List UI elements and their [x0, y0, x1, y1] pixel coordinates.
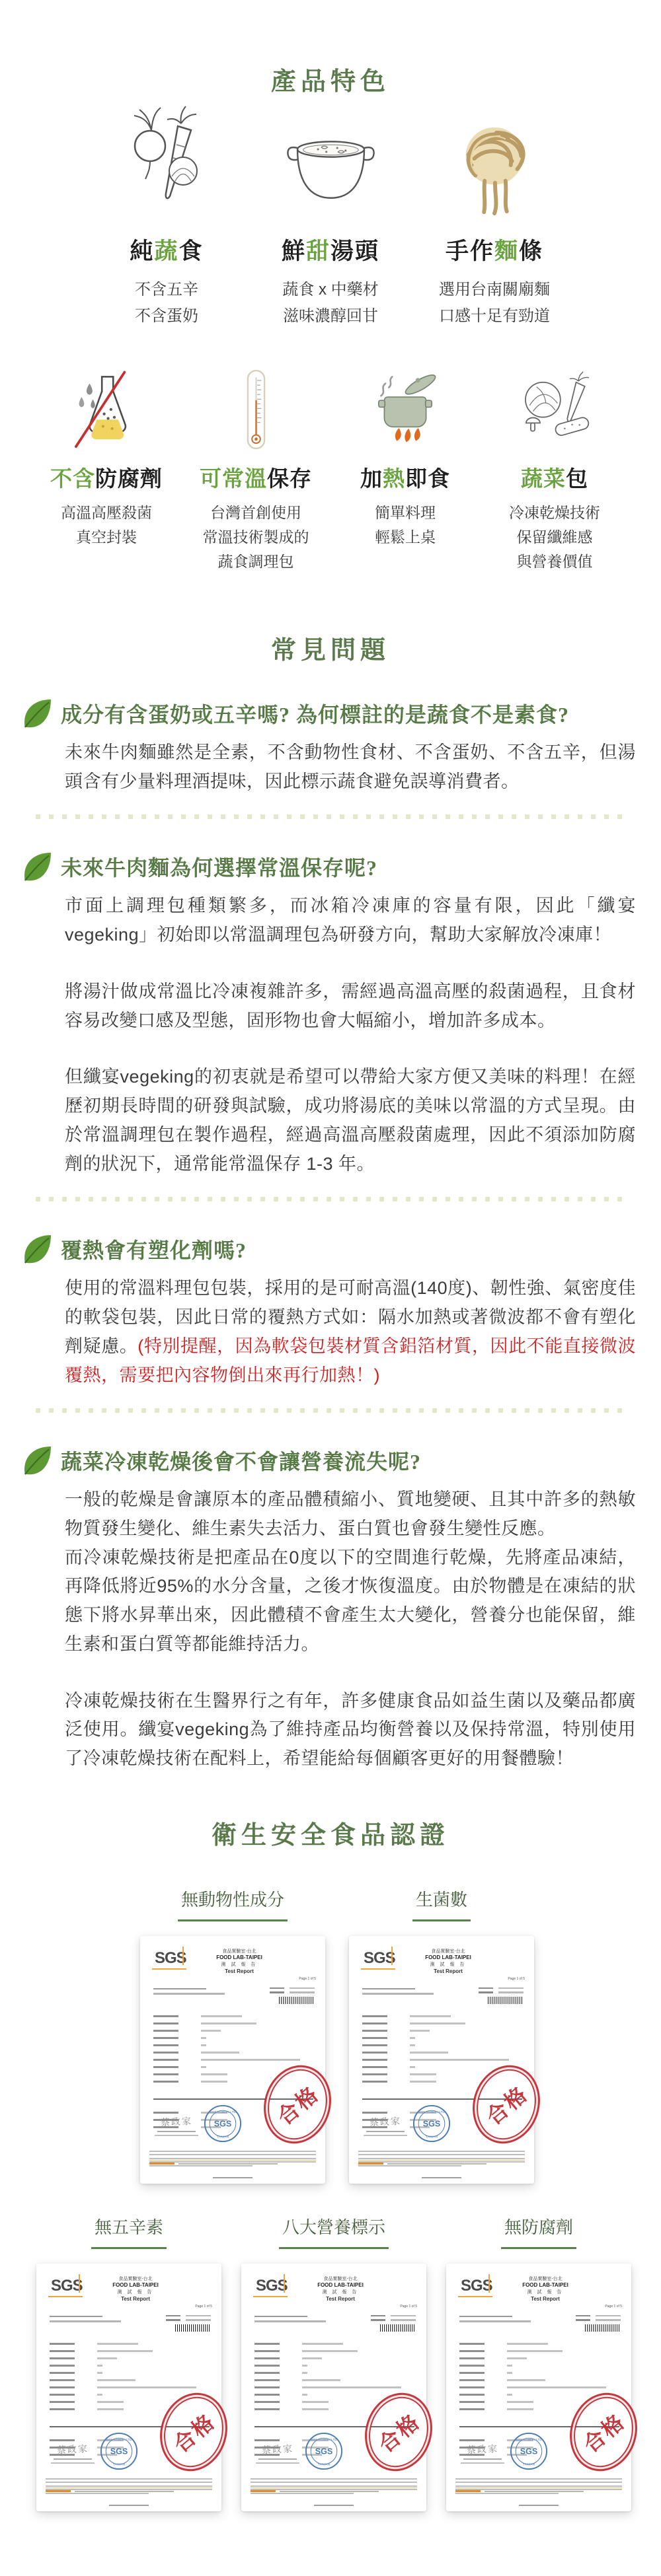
feature-noodles: 手作麵條 選用台南關廟麵 口感十足有勁道: [415, 97, 574, 330]
faq-section: 常見問題 成分有含蛋奶或五辛嗎? 為何標註的是蔬食不是素食? 未來牛肉麵雖然是全…: [0, 629, 661, 1773]
sgs-certificate: SGS 食品實驗室-台北FOOD LAB-TAIPEI 測 試 報 告Test …: [349, 1936, 534, 2184]
barcode: [488, 1997, 524, 2004]
feature-title: 蔬菜包: [481, 462, 628, 493]
sgs-logo: SGS: [256, 2278, 288, 2294]
sgs-round-stamp: SGS TAIWAN LTD SGS TAIWAN: [100, 2432, 138, 2470]
feature-subtitle: 台灣首創使用 常溫技術製成的 蔬食調理包: [182, 501, 329, 574]
faq-warning-text: (特別提醒，因為軟袋包裝材質含鋁箔材質，因此不能直接微波覆熱，需要把內容物倒出來…: [65, 1336, 636, 1385]
sgs-certificate: SGS 食品實驗室-台北FOOD LAB-TAIPEI 測 試 報 告Test …: [140, 1936, 325, 2184]
signature: 蔡政家: [47, 2443, 98, 2464]
noodle-bundle-icon: [415, 97, 574, 216]
cert-label: 生菌數: [349, 1886, 534, 1921]
bottom-whitespace: [0, 2511, 661, 2538]
signature: 蔡政家: [252, 2443, 303, 2464]
feature-subtitle: 冷凍乾燥技術 保留纖維感 與營養價值: [481, 501, 628, 574]
feature-row-1: 純蔬食 不含五辛 不含蛋奶 鮮甜湯頭 蔬食 x 中藥材: [0, 97, 661, 330]
feature-subtitle: 蔬食 x 中藥材 滋味濃醇回甘: [251, 277, 410, 330]
faq-answer: 未來牛肉麵雖然是全素，不含動物性食材、不含蛋奶、不含五辛，但湯頭含有少量料理酒提…: [65, 738, 642, 796]
faq-title: 常見問題: [19, 629, 642, 666]
signature: 蔡政家: [151, 2115, 202, 2136]
page-indicator: Page 1 of 5: [605, 2305, 622, 2308]
feature-subtitle: 不含五辛 不含蛋奶: [87, 277, 246, 330]
feature-subtitle: 選用台南關廟麵 口感十足有勁道: [415, 277, 574, 330]
faq-item-3: 覆熱會有塑化劑嗎? 使用的常溫料理包包裝，採用的是可耐高溫(140度)、韌性強、…: [19, 1231, 642, 1413]
faq-answer: 一般的乾燥是會讓原本的產品體積縮小、質地變硬、且其中許多的熱敏物質發生變化、維生…: [65, 1485, 642, 1773]
sgs-logo: SGS: [461, 2278, 492, 2294]
svg-text:TAIWAN: TAIWAN: [113, 2462, 126, 2466]
cert-column-no-preservative: 無防腐劑 SGS 食品實驗室-台北FOOD LAB-TAIPEI 測 試 報 告…: [446, 2214, 631, 2511]
cert-header: 食品實驗室-台北FOOD LAB-TAIPEI 測 試 報 告Test Repo…: [95, 2275, 176, 2302]
barcode: [380, 2324, 416, 2332]
feature-subtitle: 簡單料理 輕鬆上桌: [332, 501, 479, 550]
certificate-row-1: 無動物性成分 SGS 食品實驗室-台北FOOD LAB-TAIPEI 測 試 報…: [7, 1886, 661, 2184]
feature-subtitle: 高溫高壓殺菌 真空封裝: [33, 501, 180, 550]
barcode: [585, 2324, 621, 2332]
sgs-round-stamp: SGS TAIWAN LTD SGS TAIWAN: [510, 2432, 548, 2470]
sgs-logo: SGS: [155, 1950, 186, 1966]
faq-question: 蔬菜冷凍乾燥後會不會讓營養流失呢?: [61, 1445, 421, 1476]
sgs-certificate: SGS 食品實驗室-台北FOOD LAB-TAIPEI 測 試 報 告Test …: [36, 2264, 221, 2511]
vegetables-icon: [87, 97, 246, 216]
cert-header: 食品實驗室-台北FOOD LAB-TAIPEI 測 試 報 告Test Repo…: [299, 2275, 381, 2302]
cert-column-nutrition-label: 八大營養標示 SGS 食品實驗室-台北FOOD LAB-TAIPEI 測 試 報…: [241, 2214, 426, 2511]
svg-text:SGS TAIWAN LTD: SGS TAIWAN LTD: [106, 2438, 132, 2442]
faq-question: 未來牛肉麵為何選擇常溫保存呢?: [61, 851, 377, 882]
sgs-logo: SGS: [364, 1950, 395, 1966]
product-features-title: 產品特色: [0, 61, 661, 97]
barcode: [279, 1997, 315, 2004]
leaf-bullet-icon: [19, 848, 56, 885]
sgs-logo: SGS: [51, 2278, 83, 2294]
signature: 蔡政家: [360, 2115, 411, 2136]
feature-soup: 鮮甜湯頭 蔬食 x 中藥材 滋味濃醇回甘: [251, 97, 410, 330]
leaf-bullet-icon: [19, 695, 56, 732]
certificate-row-2: 無五辛素 SGS 食品實驗室-台北FOOD LAB-TAIPEI 測 試 報 告…: [3, 2214, 661, 2511]
cert-label: 無防腐劑: [446, 2214, 631, 2249]
feature-title: 加熱即食: [332, 462, 479, 493]
svg-text:SGS TAIWAN LTD: SGS TAIWAN LTD: [311, 2438, 337, 2442]
page-indicator: Page 1 of 5: [195, 2305, 212, 2308]
cert-column-bacteria-count: 生菌數 SGS 食品實驗室-台北FOOD LAB-TAIPEI 測 試 報 告T…: [349, 1886, 534, 2184]
barcode: [175, 2324, 211, 2332]
heating-pot-icon: [332, 367, 479, 451]
svg-text:SGS: SGS: [214, 2119, 232, 2128]
certification-title: 衛生安全食品認證: [0, 1814, 661, 1851]
cert-label: 無動物性成分: [140, 1886, 325, 1921]
svg-text:SGS TAIWAN LTD: SGS TAIWAN LTD: [210, 2110, 236, 2114]
sgs-round-stamp: SGS TAIWAN LTD SGS TAIWAN: [204, 2104, 242, 2143]
faq-question: 成分有含蛋奶或五辛嗎? 為何標註的是蔬食不是素食?: [61, 698, 569, 729]
feature-title: 純蔬食: [87, 233, 246, 266]
leaf-bullet-icon: [19, 1442, 56, 1479]
cert-column-no-five-pungent: 無五辛素 SGS 食品實驗室-台北FOOD LAB-TAIPEI 測 試 報 告…: [36, 2214, 221, 2511]
cert-label: 八大營養標示: [241, 2214, 426, 2249]
faq-item-2: 未來牛肉麵為何選擇常溫保存呢? 市面上調理包種類繁多，而冰箱冷凍庫的容量有限，因…: [19, 848, 642, 1201]
svg-text:TAIWAN: TAIWAN: [523, 2462, 535, 2466]
cert-label: 無五辛素: [36, 2214, 221, 2249]
no-preservative-flask-icon: [33, 367, 180, 451]
dotted-divider: [36, 1408, 625, 1413]
page-indicator: Page 1 of 5: [400, 2305, 417, 2308]
dotted-divider: [36, 814, 625, 819]
svg-text:TAIWAN: TAIWAN: [318, 2462, 330, 2466]
svg-text:TAIWAN: TAIWAN: [426, 2135, 438, 2139]
soup-pot-icon: [251, 97, 410, 216]
feature-title: 不含防腐劑: [33, 462, 180, 493]
svg-text:SGS: SGS: [110, 2447, 128, 2456]
cert-header: 食品實驗室-台北FOOD LAB-TAIPEI 測 試 報 告Test Repo…: [504, 2275, 586, 2302]
feature-row-2: 不含防腐劑 高溫高壓殺菌 真空封裝: [0, 367, 661, 574]
svg-text:SGS TAIWAN LTD: SGS TAIWAN LTD: [516, 2438, 542, 2442]
sgs-round-stamp: SGS TAIWAN LTD SGS TAIWAN: [412, 2104, 451, 2143]
feature-no-preservatives: 不含防腐劑 高溫高壓殺菌 真空封裝: [33, 367, 180, 550]
feature-veg-pack: 蔬菜包 冷凍乾燥技術 保留纖維感 與營養價值: [481, 367, 628, 574]
cert-header: 食品實驗室-台北FOOD LAB-TAIPEI 測 試 報 告Test Repo…: [198, 1948, 280, 1974]
sgs-certificate: SGS 食品實驗室-台北FOOD LAB-TAIPEI 測 試 報 告Test …: [446, 2264, 631, 2511]
dotted-divider: [36, 1197, 625, 1201]
certification-section: 衛生安全食品認證 無動物性成分 SGS 食品實驗室-台北FOOD LAB-TAI…: [0, 1814, 661, 2511]
feature-heat-and-eat: 加熱即食 簡單料理 輕鬆上桌: [332, 367, 479, 550]
svg-text:SGS: SGS: [520, 2447, 538, 2456]
sgs-certificate: SGS 食品實驗室-台北FOOD LAB-TAIPEI 測 試 報 告Test …: [241, 2264, 426, 2511]
product-features-section: 產品特色 純蔬食 不含五辛 不含蛋奶: [0, 61, 661, 574]
feature-title: 可常溫保存: [182, 462, 329, 493]
thermometer-icon: [182, 367, 329, 451]
feature-title: 手作麵條: [415, 233, 574, 266]
faq-item-1: 成分有含蛋奶或五辛嗎? 為何標註的是蔬食不是素食? 未來牛肉麵雖然是全素，不含動…: [19, 695, 642, 819]
faq-item-4: 蔬菜冷凍乾燥後會不會讓營養流失呢? 一般的乾燥是會讓原本的產品體積縮小、質地變硬…: [19, 1442, 642, 1773]
feature-pure-veg: 純蔬食 不含五辛 不含蛋奶: [87, 97, 246, 330]
faq-answer: 使用的常溫料理包包裝，採用的是可耐高溫(140度)、韌性強、氣密度佳的軟袋包裝，…: [65, 1274, 642, 1390]
faq-question: 覆熱會有塑化劑嗎?: [61, 1234, 247, 1264]
feature-title: 鮮甜湯頭: [251, 233, 410, 266]
page-indicator: Page 1 of 5: [508, 1977, 525, 1981]
svg-text:SGS: SGS: [423, 2119, 441, 2128]
leaf-bullet-icon: [19, 1231, 56, 1268]
svg-text:SGS TAIWAN LTD: SGS TAIWAN LTD: [418, 2110, 445, 2114]
sgs-round-stamp: SGS TAIWAN LTD SGS TAIWAN: [305, 2432, 343, 2470]
faq-answer: 市面上調理包種類繁多，而冰箱冷凍庫的容量有限，因此「纖宴vegeking」初始即…: [65, 892, 642, 1178]
vegetable-pack-icon: [481, 367, 628, 451]
feature-room-temp: 可常溫保存 台灣首創使用 常溫技術製成的 蔬食調理包: [182, 367, 329, 574]
signature: 蔡政家: [457, 2443, 508, 2464]
svg-text:TAIWAN: TAIWAN: [217, 2135, 229, 2139]
cert-header: 食品實驗室-台北FOOD LAB-TAIPEI 測 試 報 告Test Repo…: [407, 1948, 489, 1974]
cert-column-no-animal: 無動物性成分 SGS 食品實驗室-台北FOOD LAB-TAIPEI 測 試 報…: [140, 1886, 325, 2184]
svg-text:SGS: SGS: [315, 2447, 333, 2456]
page-indicator: Page 1 of 5: [299, 1977, 316, 1981]
